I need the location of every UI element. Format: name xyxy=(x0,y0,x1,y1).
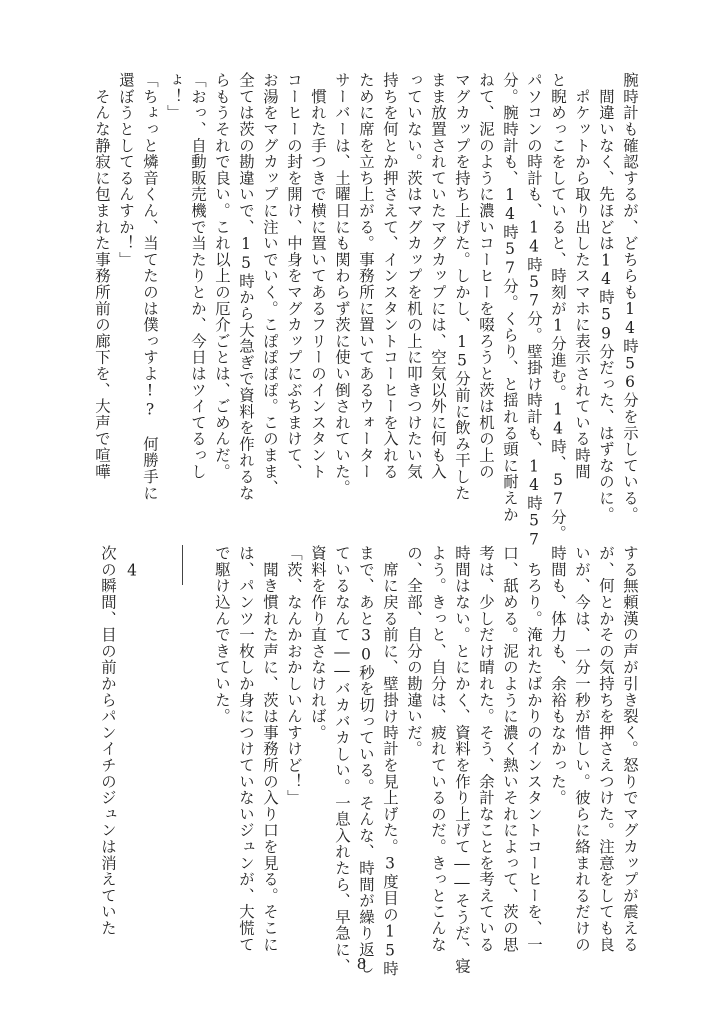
text-column: ポケットから取り出したスマホに表示されている時間 xyxy=(572,72,592,480)
text-column: 分。腕時計も、14時57分。くらり、と揺れる頭に耐えか xyxy=(500,72,520,523)
text-column: ねて、泥のように濃いコーヒーを啜ろうと茨は机の上の xyxy=(476,72,496,480)
text-column: そんな静寂に包まれた事務所前の廊下を、大声で喧嘩 xyxy=(92,72,112,480)
text-column: ょ！」 xyxy=(164,72,184,121)
text-column: 持ちを何とか押さえて、インスタントコーヒーを入れる xyxy=(380,72,400,480)
text-column: ているなんて――バカバカしい。一息入れたら、早急に、 xyxy=(332,545,352,974)
text-column: 資料を作り直さなければ。 xyxy=(308,545,328,741)
text-column: 席に戻る前に、壁掛け時計を見上げた。3度目の15時 xyxy=(380,545,400,977)
text-column: 腕時計も確認するが、どちらも14時56分を示している。 xyxy=(620,72,640,523)
text-column: 口、舐める。泥のように濃く熱いそれによって、茨の思 xyxy=(500,545,520,953)
text-column: 考は、少しだけ晴れた。そう、余計なことを考えている xyxy=(476,545,496,953)
text-column: お湯をマグカップに注いでいく。こぽぽぽぽ。このまま、 xyxy=(260,72,280,496)
text-column: 次の瞬間、目の前からパンイチのジュンは消えていた xyxy=(98,545,118,936)
text-column: 「茨、なんかおかしいんすけど！」 xyxy=(284,545,304,806)
text-column: ちろり。淹れたばかりのインスタントコーヒーを、一 xyxy=(524,545,544,953)
text-column: まで、あと30秒を切っている。そんな、時間が繰り返し xyxy=(356,545,376,974)
text-column: 「ちょっと燐音くん、当てたのは僕っすよ!? 何勝手に xyxy=(140,72,160,501)
text-column: コーヒーの封を開け、中身をマグカップにぶちまけて、 xyxy=(284,72,304,480)
text-column: 聞き慣れた声に、茨は事務所の入り口を見る。そこに xyxy=(260,545,280,953)
section-divider-rule xyxy=(182,545,183,585)
text-column: パソコンの時計も、14時57分。壁掛け時計も、14時57 xyxy=(524,72,544,549)
text-column: 全ては茨の勘違いで、15時から大急ぎで資料を作れるな xyxy=(236,72,256,501)
text-column: らもうそれで良い。これ以上の厄介ごとは、ごめんだ。 xyxy=(212,72,232,480)
text-column: ために席を立ち上がる。事務所に置いてあるウォーター xyxy=(356,72,376,480)
text-column: よう。きっと、自分は、疲れているのだ。きっとこんな xyxy=(428,545,448,953)
text-column: の、全部、自分の勘違いだ。 xyxy=(404,545,424,757)
text-column: 時間も、体力も、余裕もなかった。 xyxy=(548,545,568,806)
lower-text-tier: する無頼漢の声が引き裂く。怒りでマグカップが震える が、何とかその気持ちを押さえ… xyxy=(88,545,640,895)
text-column: が、何とかその気持ちを押さえつけた。注意をしても良 xyxy=(596,545,616,953)
text-column: 「おっ、自動販売機で当たりとか、今日はツイてるっし xyxy=(188,72,208,480)
text-column: まま放置されていたマグカップには、空気以外に何も入 xyxy=(428,72,448,480)
text-column: いが、今は、一分一秒が惜しい。彼らに絡まれるだけの xyxy=(572,545,592,953)
text-column: っていない。茨はマグカップを机の上に叩きつけたい気 xyxy=(404,72,424,480)
text-column: サーバーは、土曜日にも関わらず茨に使い倒されていた。 xyxy=(332,72,352,496)
text-column: と睨めっこをしていると、時刻が1分進む。14時、57分。 xyxy=(548,72,568,541)
text-column: で駆け込んできていた。 xyxy=(212,545,232,724)
text-column: 間違いなく、先ほどは14時59分だった、はずなのに。 xyxy=(596,72,616,523)
text-column: する無頼漢の声が引き裂く。怒りでマグカップが震える xyxy=(620,545,640,953)
text-column: 還ぼうとしてるんすか！」 xyxy=(116,72,136,268)
text-column: は、パンツ一枚しか身につけていないジュンが、大慌て xyxy=(236,545,256,953)
upper-text-tier: 腕時計も確認するが、どちらも14時56分を示している。 間違いなく、先ほどは14… xyxy=(88,72,640,504)
text-column: 時間はない。とにかく、資料を作り上げて――そうだ、寝 xyxy=(452,545,472,974)
page-number: 8 xyxy=(0,955,723,973)
text-column: 慣れた手つきで横に置いてあるフリーのインスタント xyxy=(308,72,328,480)
text-column: マグカップを持ち上げた。しかし、15分前に飲み干した xyxy=(452,72,472,501)
section-heading: 4 xyxy=(122,545,142,580)
